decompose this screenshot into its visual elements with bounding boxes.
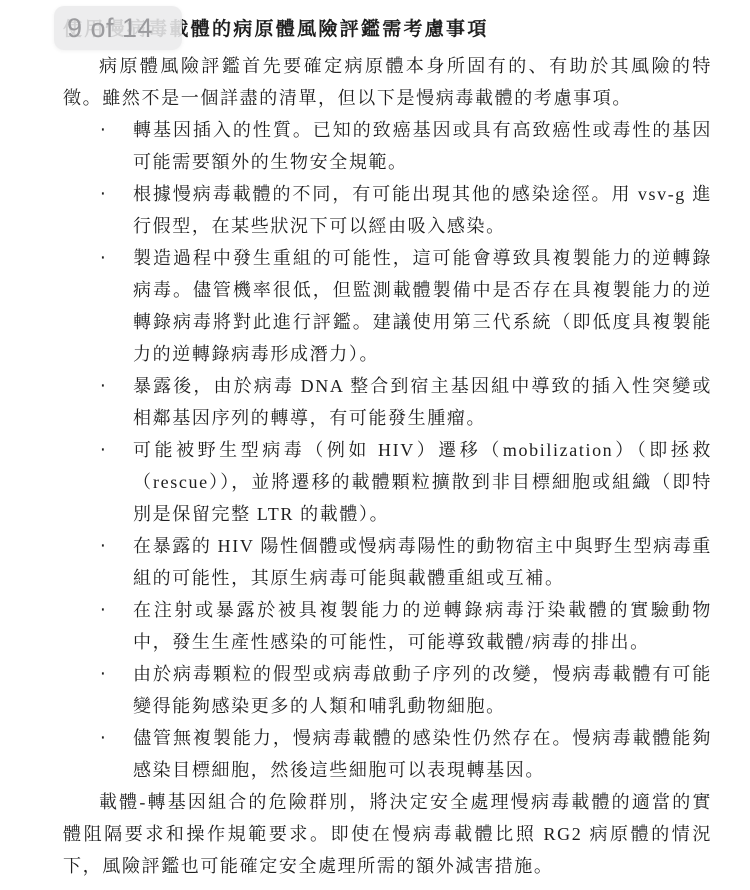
closing-paragraph: 載體-轉基因組合的危險群別，將決定安全處理慢病毒載體的適當的實體阻隔要求和操作規… <box>63 786 712 882</box>
bullet-text: 可能被野生型病毒（例如 HIV）遷移（mobilization）（即拯救（res… <box>133 440 712 524</box>
bullet-marker: ‧ <box>100 370 120 402</box>
list-item: ‧ 可能被野生型病毒（例如 HIV）遷移（mobilization）（即拯救（r… <box>100 434 712 530</box>
bullet-marker: ‧ <box>100 114 120 146</box>
list-item: ‧ 儘管無複製能力，慢病毒載體的感染性仍然存在。慢病毒載體能夠感染目標細胞，然後… <box>100 722 712 786</box>
list-item: ‧ 製造過程中發生重組的可能性，這可能會導致具複製能力的逆轉錄病毒。儘管機率很低… <box>100 242 712 370</box>
list-item: ‧ 轉基因插入的性質。已知的致癌基因或具有高致癌性或毒性的基因可能需要額外的生物… <box>100 114 712 178</box>
document-content: 使用慢病毒載體的病原體風險評鑑需考慮事項 病原體風險評鑑首先要確定病原體本身所固… <box>63 10 712 882</box>
bullet-marker: ‧ <box>100 658 120 690</box>
list-item: ‧ 在注射或暴露於被具複製能力的逆轉錄病毒汙染載體的實驗動物中，發生生產性感染的… <box>100 594 712 658</box>
list-item: ‧ 暴露後，由於病毒 DNA 整合到宿主基因組中導致的插入性突變或相鄰基因序列的… <box>100 370 712 434</box>
bullet-marker: ‧ <box>100 530 120 562</box>
document-page: 使用慢病毒載體的病原體風險評鑑需考慮事項 病原體風險評鑑首先要確定病原體本身所固… <box>0 0 750 890</box>
bullet-text: 儘管無複製能力，慢病毒載體的感染性仍然存在。慢病毒載體能夠感染目標細胞，然後這些… <box>133 728 712 780</box>
list-item: ‧ 由於病毒顆粒的假型或病毒啟動子序列的改變，慢病毒載體有可能變得能夠感染更多的… <box>100 658 712 722</box>
bullet-text: 在暴露的 HIV 陽性個體或慢病毒陽性的動物宿主中與野生型病毒重組的可能性，其原… <box>133 536 712 588</box>
page-count-badge: 9 of 14 <box>54 6 182 50</box>
bullet-marker: ‧ <box>100 594 120 626</box>
list-item: ‧ 根據慢病毒載體的不同，有可能出現其他的感染途徑。用 vsv-g 進行假型，在… <box>100 178 712 242</box>
bullet-text: 暴露後，由於病毒 DNA 整合到宿主基因組中導致的插入性突變或相鄰基因序列的轉導… <box>133 376 712 428</box>
bullet-text: 由於病毒顆粒的假型或病毒啟動子序列的改變，慢病毒載體有可能變得能夠感染更多的人類… <box>133 664 712 716</box>
bullet-list: ‧ 轉基因插入的性質。已知的致癌基因或具有高致癌性或毒性的基因可能需要額外的生物… <box>63 114 712 786</box>
list-item: ‧ 在暴露的 HIV 陽性個體或慢病毒陽性的動物宿主中與野生型病毒重組的可能性，… <box>100 530 712 594</box>
bullet-marker: ‧ <box>100 722 120 754</box>
bullet-text: 在注射或暴露於被具複製能力的逆轉錄病毒汙染載體的實驗動物中，發生生產性感染的可能… <box>133 600 712 652</box>
bullet-text: 根據慢病毒載體的不同，有可能出現其他的感染途徑。用 vsv-g 進行假型，在某些… <box>133 184 712 236</box>
bullet-marker: ‧ <box>100 178 120 210</box>
bullet-text: 製造過程中發生重組的可能性，這可能會導致具複製能力的逆轉錄病毒。儘管機率很低，但… <box>133 248 712 364</box>
bullet-text: 轉基因插入的性質。已知的致癌基因或具有高致癌性或毒性的基因可能需要額外的生物安全… <box>133 120 712 172</box>
bullet-marker: ‧ <box>100 242 120 274</box>
intro-paragraph: 病原體風險評鑑首先要確定病原體本身所固有的、有助於其風險的特徵。雖然不是一個詳盡… <box>63 50 712 114</box>
bullet-marker: ‧ <box>100 434 120 466</box>
